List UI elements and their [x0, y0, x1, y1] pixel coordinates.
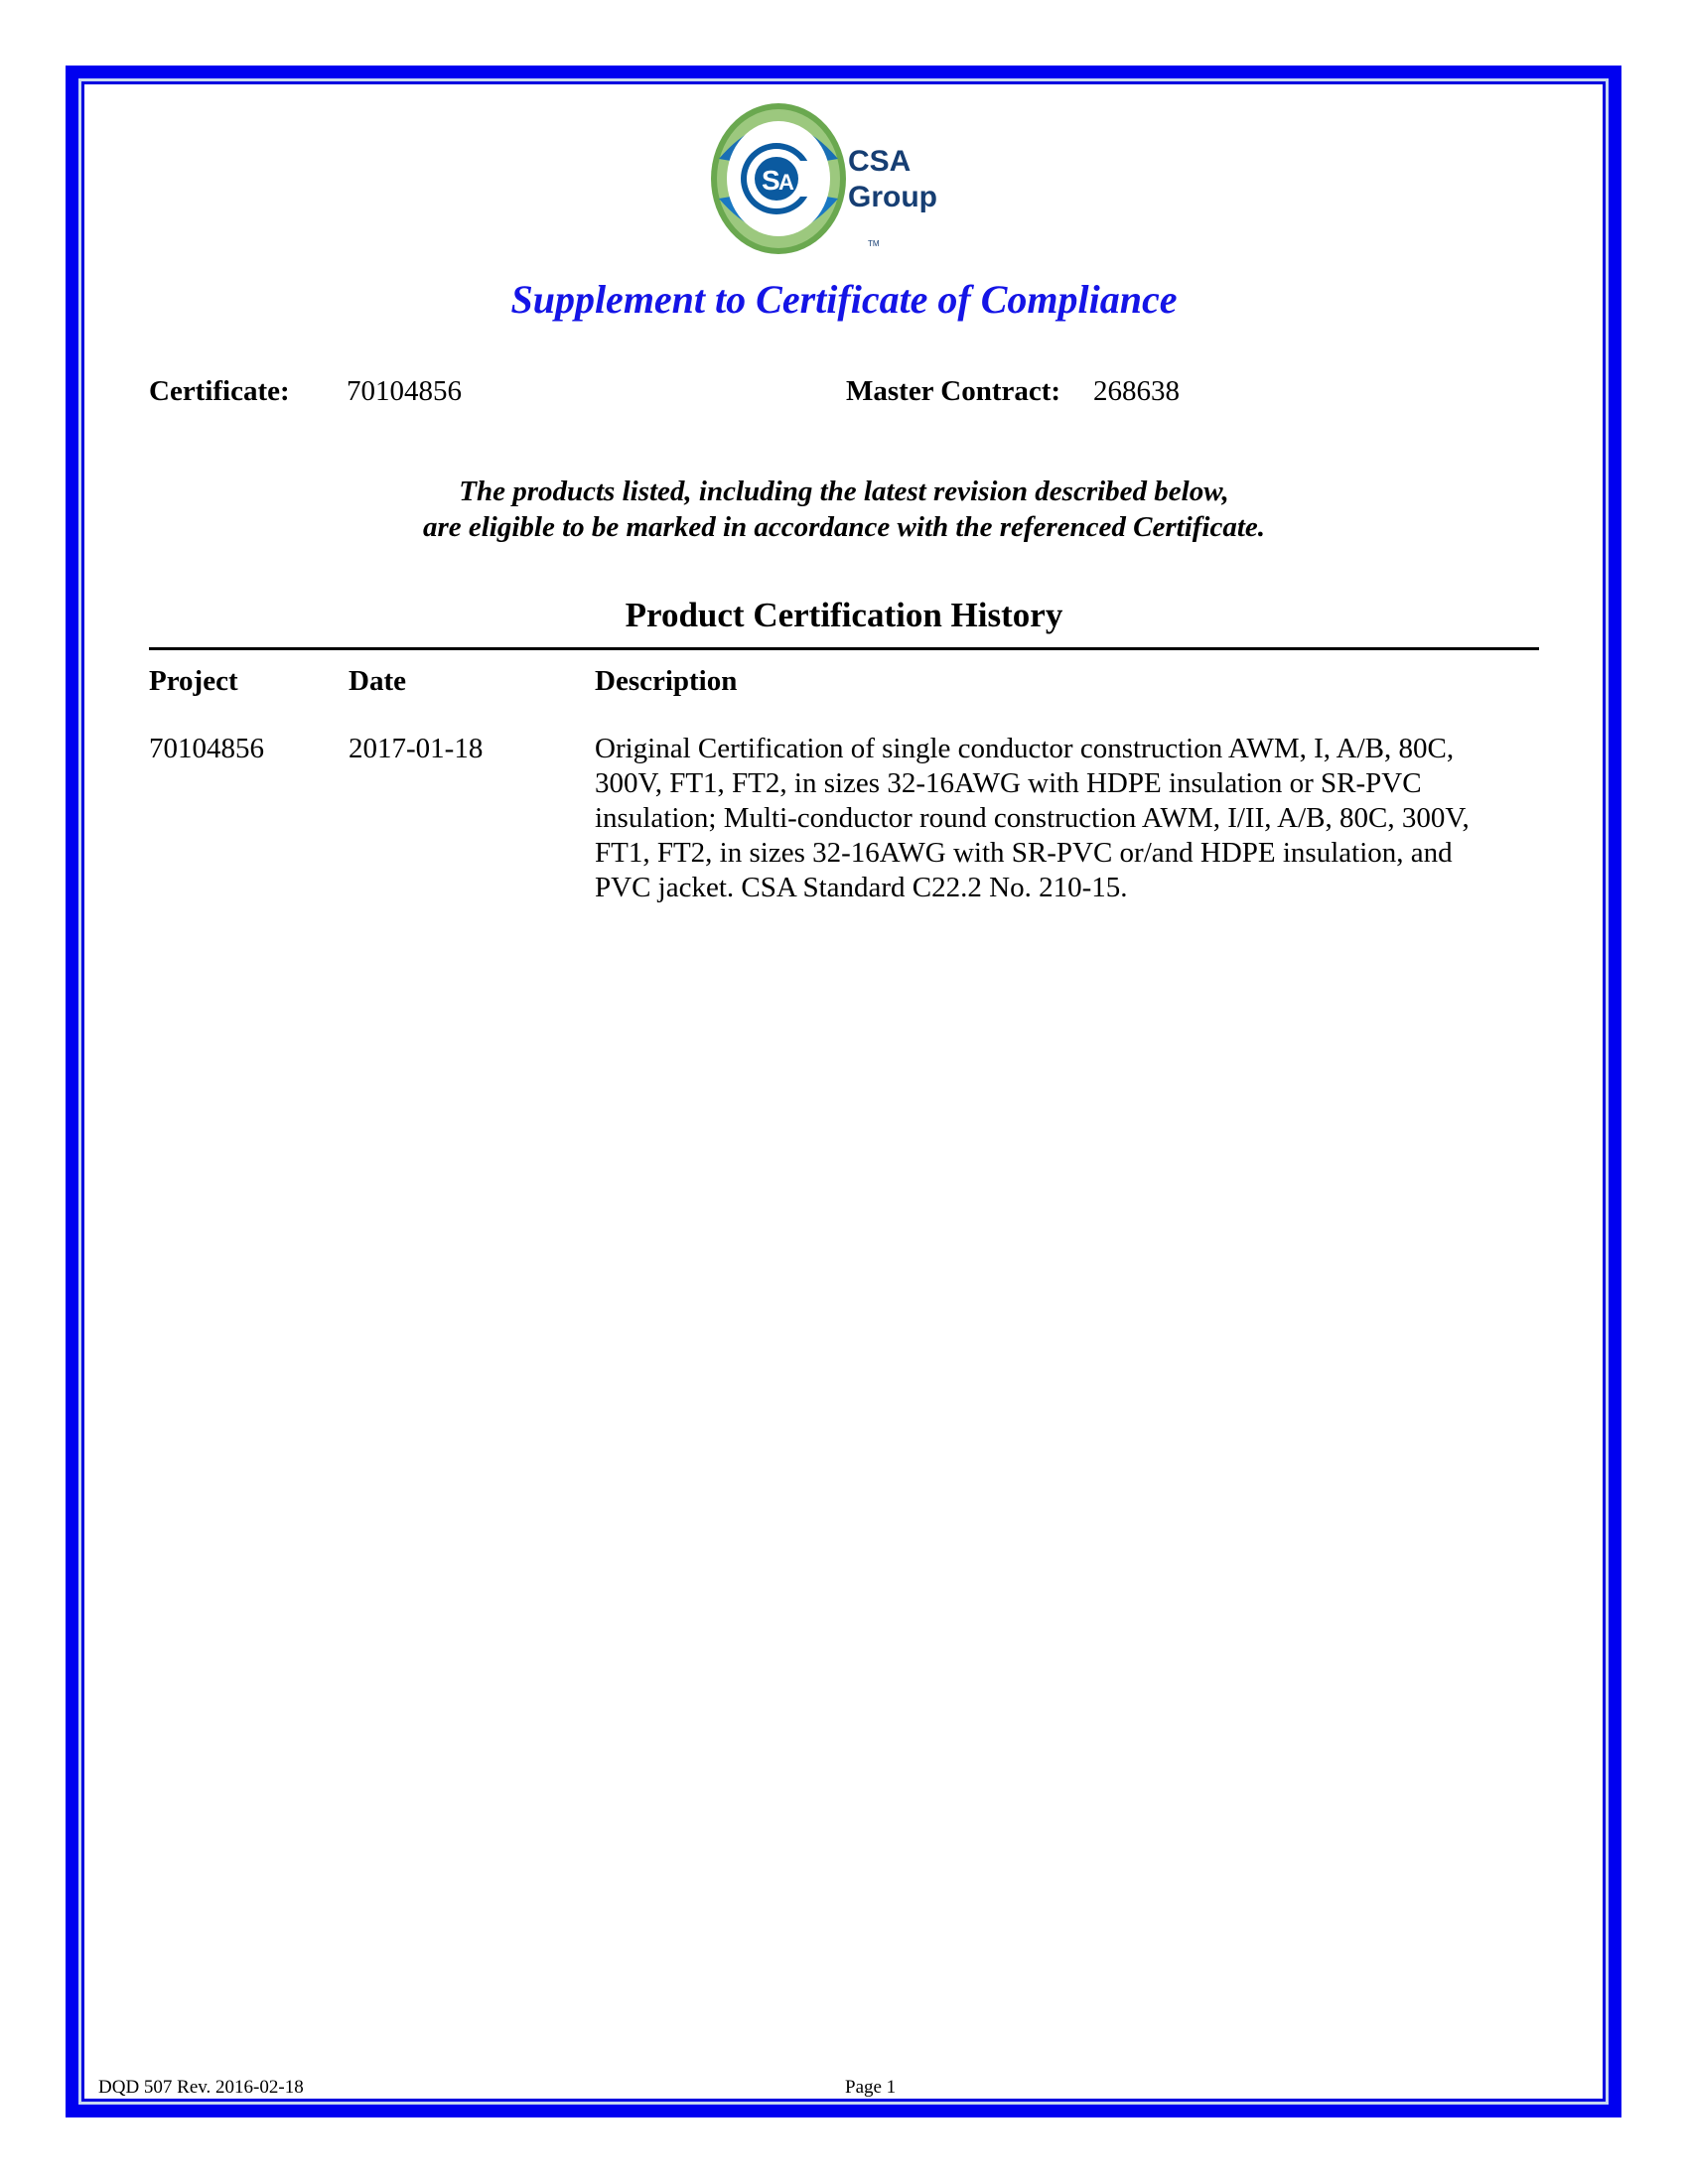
document-title: Supplement to Certificate of Compliance — [0, 276, 1688, 323]
page-border-inner-line — [81, 81, 1606, 2102]
certificate-label: Certificate: — [149, 375, 290, 408]
column-header-date: Date — [349, 665, 406, 698]
row-project: 70104856 — [149, 732, 264, 766]
svg-text:Group: Group — [848, 181, 937, 213]
intro-statement: The products listed, including the lates… — [0, 474, 1688, 545]
svg-text:CSA: CSA — [848, 145, 911, 178]
page-border — [66, 66, 1621, 2117]
column-header-description: Description — [595, 665, 737, 698]
footer-page-number: Page 1 — [845, 2077, 896, 2099]
footer-form-id: DQD 507 Rev. 2016-02-18 — [98, 2077, 304, 2099]
history-divider — [149, 647, 1539, 650]
master-contract-label: Master Contract: — [846, 375, 1060, 408]
column-header-project: Project — [149, 665, 238, 698]
certificate-number: 70104856 — [347, 375, 462, 408]
history-title: Product Certification History — [0, 596, 1688, 635]
csa-group-logo: S A CSA Group TM — [697, 99, 995, 258]
svg-text:A: A — [778, 170, 794, 195]
master-contract-number: 268638 — [1093, 375, 1180, 408]
svg-text:S: S — [762, 165, 780, 196]
row-date: 2017-01-18 — [349, 732, 483, 766]
row-description: Original Certification of single conduct… — [595, 732, 1528, 905]
csa-group-logo-icon: S A CSA Group TM — [697, 99, 995, 258]
svg-text:TM: TM — [868, 239, 880, 248]
